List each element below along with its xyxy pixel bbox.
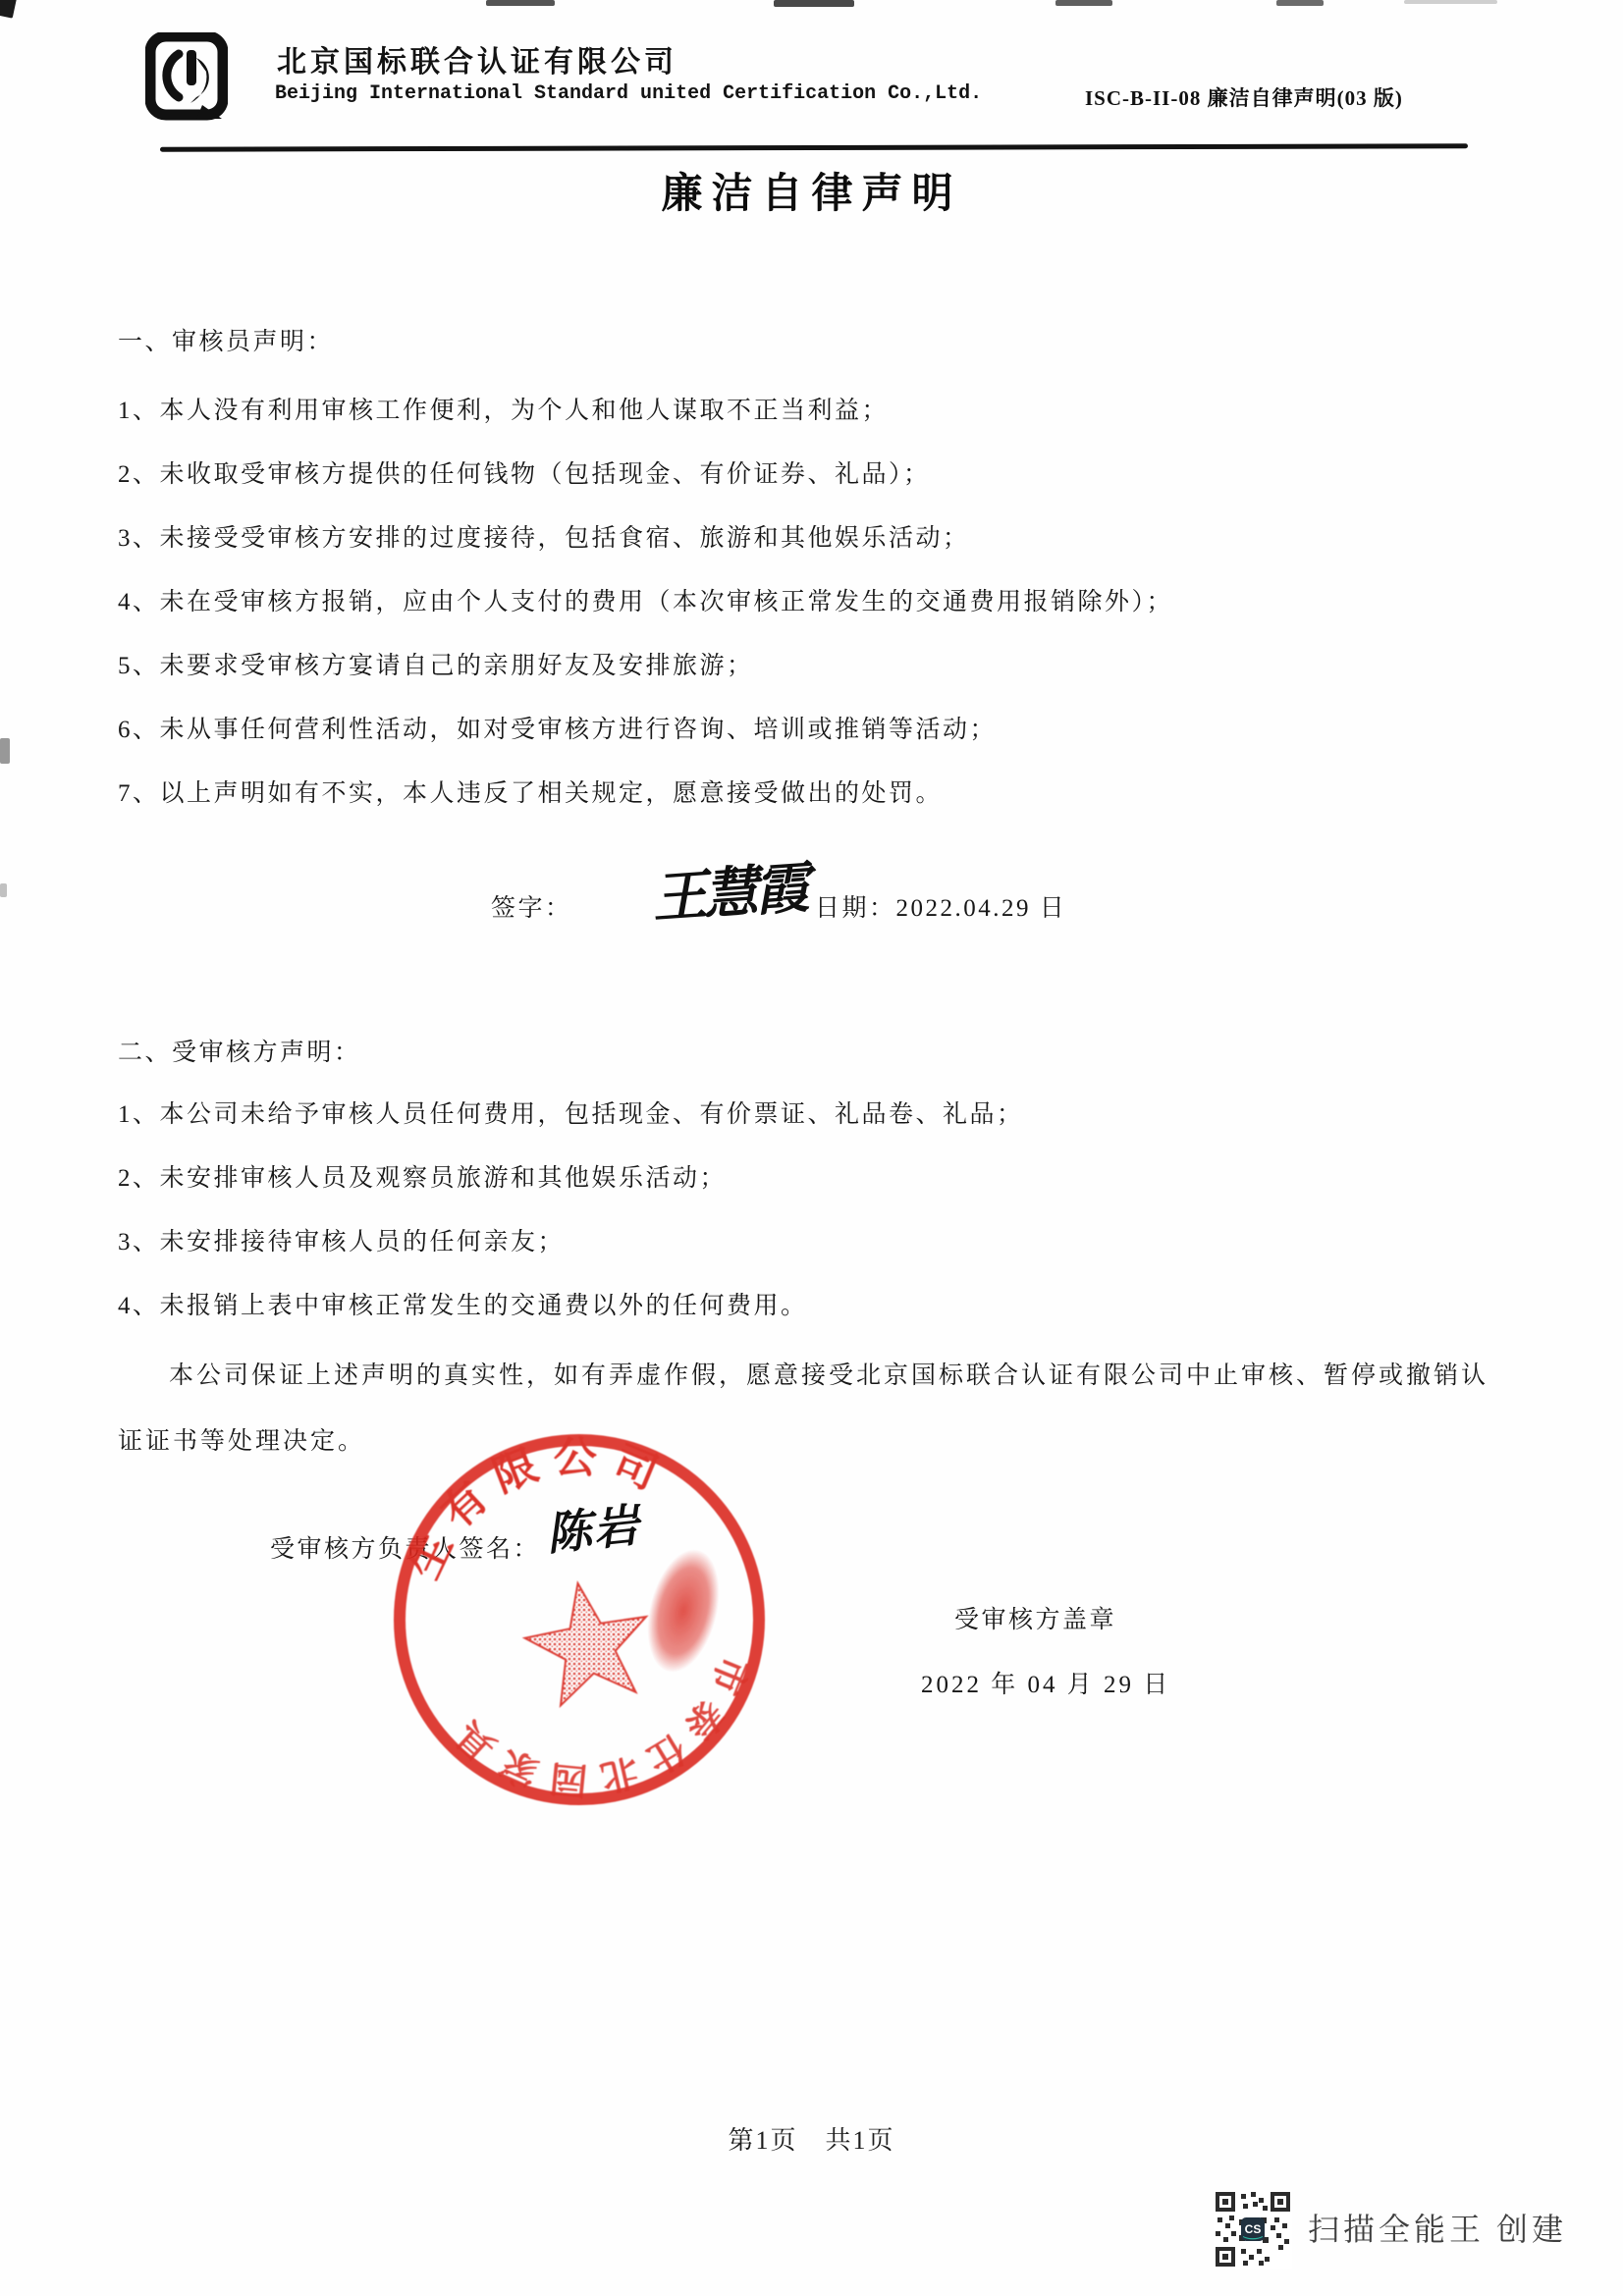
- scan-artifact: [0, 0, 18, 19]
- company-name-en: Beijing International Standard united Ce…: [275, 82, 982, 105]
- section1-item: 5、未要求受审核方宴请自己的亲朋好友及安排旅游；: [118, 646, 754, 681]
- section1-item: 7、以上声明如有不实，本人违反了相关规定，愿意接受做出的处罚。: [118, 774, 943, 809]
- camscanner-qr-code: CS: [1214, 2190, 1292, 2269]
- scan-artifact: [1276, 0, 1324, 6]
- stamp-date: 2022 年 04 月 29 日: [921, 1665, 1170, 1700]
- section2-item: 3、未安排接待审核人员的任何亲友；: [118, 1222, 565, 1257]
- page-number: 第1页 共1页: [0, 2120, 1623, 2157]
- scan-artifact: [1055, 0, 1112, 6]
- section2-item: 4、未报销上表中审核正常发生的交通费以外的任何费用。: [118, 1286, 808, 1321]
- pledge-paragraph: 本公司保证上述声明的真实性，如有弄虚作假，愿意接受北京国标联合认证有限公司中止审…: [118, 1343, 1504, 1474]
- seal-ring-text-top: 生有限公司: [400, 1434, 676, 1586]
- auditor-signature-handwriting: 王慧霞: [649, 845, 807, 934]
- company-logo-icon: [145, 32, 228, 121]
- section1-item: 6、未从事任何营利性活动，如对受审核方进行咨询、培训或推销等活动；: [118, 710, 997, 745]
- section2-heading: 二、受审核方声明：: [118, 1033, 361, 1068]
- svg-text:生有限公司: 生有限公司: [400, 1434, 676, 1586]
- section1-item: 3、未接受受审核方安排的过度接待，包括食宿、旅游和其他娱乐活动；: [118, 518, 970, 554]
- sign-label: 签字：: [491, 888, 572, 924]
- stamp-label: 受审核方盖章: [954, 1600, 1116, 1635]
- scan-artifact: [1404, 0, 1497, 4]
- scan-artifact: [0, 883, 7, 897]
- company-seal-stamp: 生有限公司 市泰仕北园家具: [386, 1426, 773, 1813]
- company-name-cn: 北京国标联合认证有限公司: [277, 37, 677, 80]
- camscanner-cs-badge: CS: [1241, 2217, 1265, 2241]
- seal-star-icon: [525, 1583, 646, 1705]
- section1-item: 4、未在受审核方报销，应由个人支付的费用（本次审核正常发生的交通费用报销除外）；: [118, 582, 1173, 617]
- section1-item: 1、本人没有利用审核工作便利，为个人和他人谋取不正当利益；: [118, 391, 889, 426]
- scan-artifact: [774, 0, 854, 7]
- section2-item: 2、未安排审核人员及观察员旅游和其他娱乐活动；: [118, 1158, 727, 1194]
- svg-text:CS: CS: [1245, 2222, 1262, 2236]
- scan-artifact: [0, 738, 10, 764]
- scanned-document-page: 北京国标联合认证有限公司 Beijing International Stand…: [0, 0, 1623, 2296]
- section2-item: 1、本公司未给予审核人员任何费用，包括现金、有价票证、礼品卷、礼品；: [118, 1095, 1024, 1130]
- sign-date: 日期：2022.04.29 日: [815, 888, 1066, 924]
- camscanner-watermark-text: 扫描全能王 创建: [1308, 2205, 1567, 2250]
- section1-item: 2、未收取受审核方提供的任何钱物（包括现金、有价证券、礼品）；: [118, 454, 931, 490]
- scan-artifact: [486, 0, 555, 6]
- document-code: ISC-B-II-08 廉洁自律声明(03 版): [1085, 82, 1403, 112]
- section1-heading: 一、审核员声明：: [118, 322, 334, 357]
- document-title: 廉洁自律声明: [0, 161, 1623, 220]
- header-divider: [160, 143, 1468, 151]
